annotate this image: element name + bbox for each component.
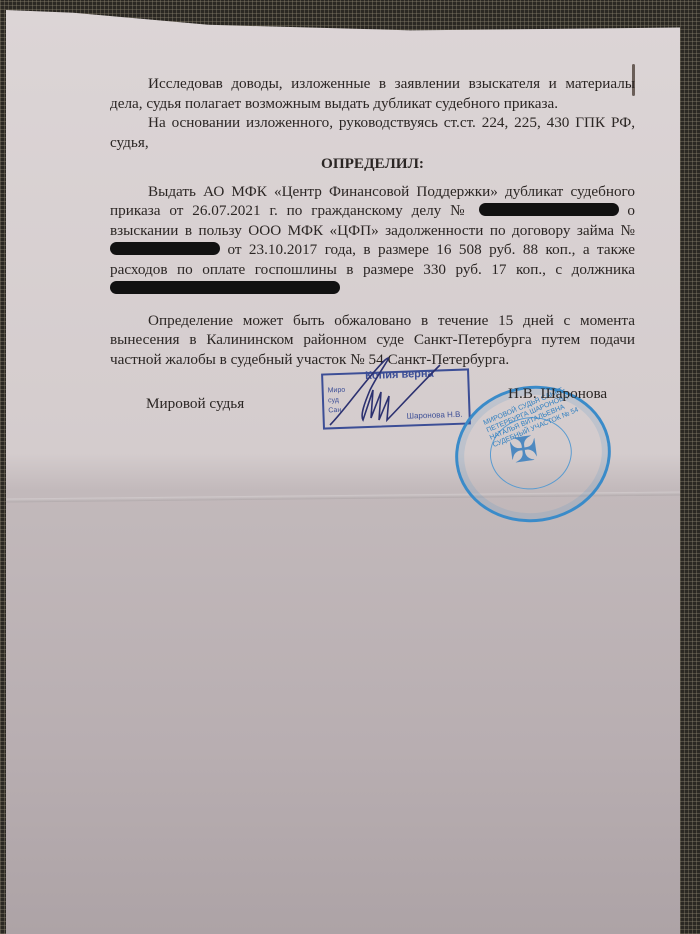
document-body: Исследовав доводы, изложенные в заявлени…: [110, 74, 635, 369]
ruling-heading: ОПРЕДЕЛИЛ:: [110, 154, 635, 174]
paragraph-ruling: Выдать АО МФК «Центр Финансовой Поддержк…: [110, 182, 635, 299]
redacted-loan-number: [110, 242, 220, 255]
redacted-debtor-name: [110, 281, 340, 294]
judge-name: Н.В. Шаронова: [508, 385, 607, 403]
judge-title: Мировой судья: [146, 395, 244, 413]
paragraph-legal-basis: На основании изложенного, руководствуясь…: [110, 113, 635, 152]
paragraph-findings: Исследовав доводы, изложенные в заявлени…: [110, 74, 635, 113]
signature-icon: [325, 350, 445, 430]
redacted-case-number: [479, 203, 619, 216]
